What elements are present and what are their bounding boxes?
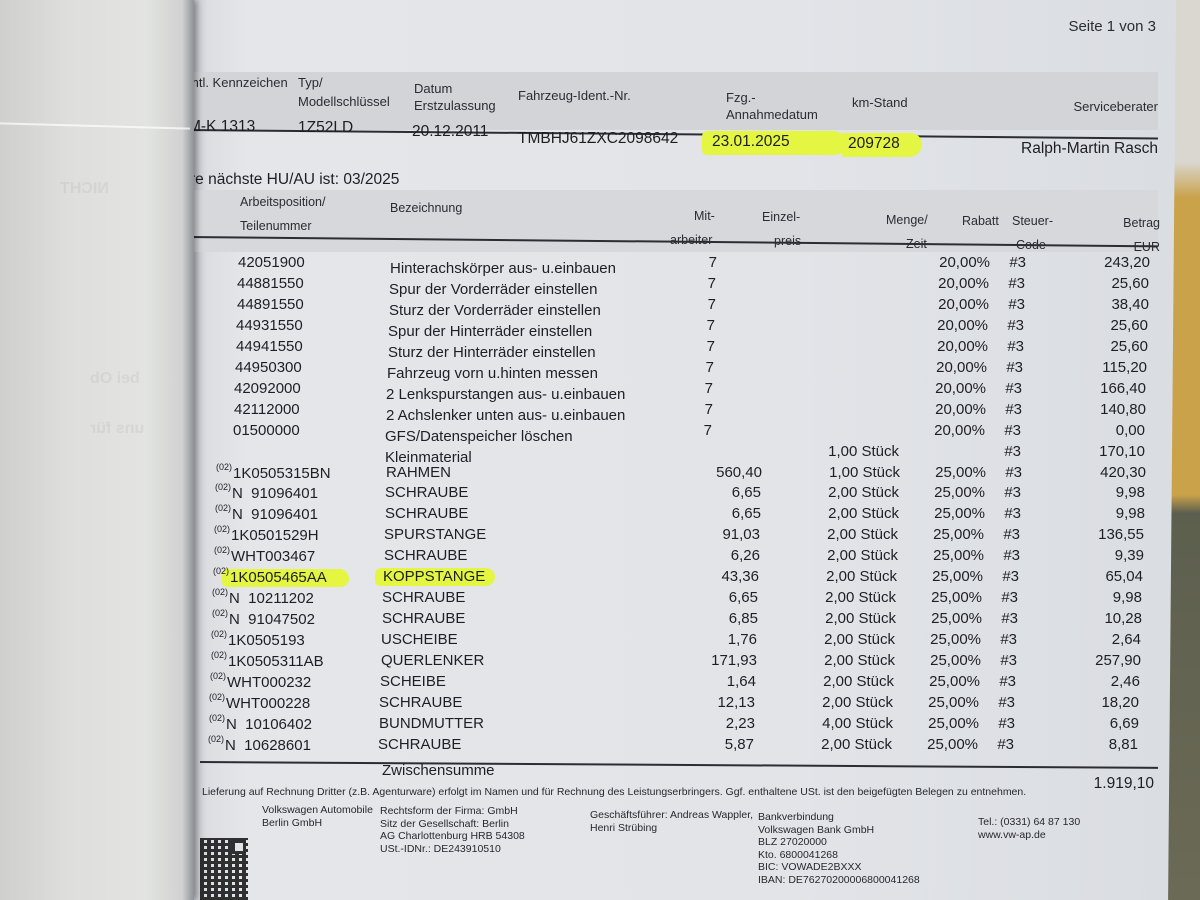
part-prefix: (02) [211,629,227,639]
footer-company: Volkswagen Automobile Berlin GmbH [262,804,373,829]
cell-qty: 2,00 Stück [824,631,895,648]
cell-unit: 12,13 [717,694,755,711]
th-part-1: Arbeitsposition/ [240,195,325,209]
table-row: (02)N 10211202SCHRAUBE6,652,00 Stück25,0… [186,589,1158,609]
cell-amt: 10,28 [1104,610,1142,627]
part-number: 1K0505315BN [233,465,331,482]
cell-disc: 25,00% [932,568,983,585]
cell-amt: 140,80 [1100,401,1146,418]
part-number: 44891550 [237,296,304,313]
label-mileage: km-Stand [852,95,908,110]
cell-emp: 7 [697,401,713,418]
part-number: 1K0501529H [231,527,319,544]
legal-line: USt.-IDNr.: DE243910510 [380,843,525,856]
cell-qty: 2,00 Stück [828,484,899,501]
part-prefix: (02) [212,608,228,618]
cell-amt: 9,98 [1116,484,1145,501]
cell-part: 44891550 [237,296,304,313]
bleed-through-text: bei Ob [90,370,140,388]
table-row: (02)WHT000232SCHEIBE1,642,00 Stück25,00%… [186,673,1156,693]
cell-qty: 1,00 Stück [828,443,899,460]
cell-unit: 1,64 [727,673,756,690]
table-row: (02)N 91047502SCHRAUBE6,852,00 Stück25,0… [186,610,1158,630]
cell-desc: SCHEIBE [380,673,446,690]
cell-part: (02)WHT003467 [214,547,315,565]
bank-line: Volkswagen Bank GmbH [758,824,920,837]
cell-disc: 20,00% [938,275,989,292]
cell-part: (02)N 91096401 [215,484,318,502]
part-prefix: (02) [209,713,225,723]
value-type: 1Z52LD [298,119,353,137]
cell-tax: #3 [997,736,1014,753]
company-line: Volkswagen Automobile [262,804,373,817]
cell-tax: #3 [1009,254,1026,271]
cell-disc: 25,00% [931,589,982,606]
cell-part: (02)WHT000228 [209,694,310,712]
part-number: 42112000 [234,401,300,418]
part-number: 1K0505465AA [222,569,349,587]
cell-part: 44931550 [236,317,303,334]
th-part-2: Teilenummer [240,219,312,233]
part-number: 44881550 [237,275,304,292]
website-link: www.vw-ap.de [978,829,1080,842]
part-prefix: (02) [213,566,229,576]
cell-part: (02)1K0505315BN [216,464,331,482]
label-intake-2: Annahmedatum [726,107,818,122]
cell-desc: QUERLENKER [381,652,484,669]
cell-part: (02)1K0505311AB [211,652,324,670]
footer-bank: Bankverbindung Volkswagen Bank GmbH BLZ … [758,811,920,886]
cell-part: 42112000 [234,401,300,418]
cell-desc: SCHRAUBE [379,694,462,711]
value-mileage: 209728 [842,133,922,157]
cell-tax: #3 [1005,464,1022,481]
cell-disc: 20,00% [938,296,989,313]
table-row: (02)N 91096401SCHRAUBE6,652,00 Stück25,0… [186,484,1161,504]
subtotal-label: Zwischensumme [382,762,495,779]
cell-desc: SPURSTANGE [384,526,486,543]
cell-tax: #3 [998,694,1015,711]
cell-tax: #3 [1002,568,1019,585]
th-tax-1: Steuer- [1012,214,1053,228]
th-tax-2: Code [1016,238,1046,252]
th-unit-1: Einzel- [762,210,800,224]
cell-part: 42092000 [234,380,301,397]
cell-disc: 20,00% [939,254,990,271]
page-indicator: Seite 1 von 3 [1068,18,1156,35]
cell-tax: #3 [1004,422,1021,439]
cell-unit: 6,65 [729,589,758,606]
footer-contact: Tel.: (0331) 64 87 130 www.vw-ap.de [978,816,1080,841]
phone-number: Tel.: (0331) 64 87 130 [978,816,1080,829]
table-row: (02)N 10628601SCHRAUBE5,872,00 Stück25,0… [186,736,1154,756]
label-first-reg-2: Erstzulassung [414,98,496,113]
part-number: N 91096401 [232,506,318,523]
bank-line: Bankverbindung [758,811,920,824]
management-line: Henri Strübing [590,822,753,835]
cell-emp: 7 [699,317,715,334]
cell-desc: SCHRAUBE [378,736,461,753]
cell-disc: 25,00% [935,464,986,481]
part-prefix: (02) [216,462,232,472]
th-amt-2: EUR [1134,240,1160,254]
cell-amt: 170,10 [1099,443,1145,460]
th-qty-1: Menge/ [886,213,928,227]
part-number: 01500000 [233,422,300,439]
cell-tax: #3 [1004,505,1021,522]
cell-qty: 1,00 Stück [829,464,900,481]
cell-tax: #3 [998,715,1015,732]
part-prefix: (02) [215,503,231,513]
cell-desc: KOPPSTANGE [375,568,495,586]
bank-line: BLZ 27020000 [758,836,920,849]
cell-disc: 20,00% [937,338,988,355]
value-first-registration: 20.12.2011 [412,123,488,141]
cell-part: (02)1K0505193 [211,631,305,649]
table-row: (02)1K0501529HSPURSTANGE91,032,00 Stück2… [186,526,1160,546]
part-number: WHT003467 [231,548,315,565]
cell-part: (02)N 10106402 [209,715,312,733]
th-unit-2: preis [774,234,801,248]
cell-disc: 25,00% [931,610,982,627]
cell-desc: SCHRAUBE [382,589,465,606]
cell-emp: 7 [701,254,717,271]
value-vin: TMBHJ61ZXC2098642 [518,130,678,148]
part-number: N 91047502 [229,611,315,628]
cell-desc: USCHEIBE [381,631,458,648]
cell-unit: 1,76 [728,631,757,648]
cell-qty: 2,00 Stück [827,526,898,543]
label-type-1: Typ/ [298,75,323,90]
cell-emp: 7 [696,422,712,439]
cell-tax: #3 [1007,338,1024,355]
cell-qty: 2,00 Stück [823,673,894,690]
next-inspection-notice: re nächste HU/AU ist: 03/2025 [190,171,399,189]
part-number: 42092000 [234,380,301,397]
cell-part: (02)N 10211202 [212,589,314,607]
cell-qty: 2,00 Stück [825,589,896,606]
cell-amt: 9,98 [1113,589,1142,606]
cell-unit: 91,03 [722,526,760,543]
th-qty-2: Zeit [906,237,927,251]
footer-note: Lieferung auf Rechnung Dritter (z.B. Age… [202,786,1026,798]
cell-desc: SCHRAUBE [384,547,467,564]
company-line: Berlin GmbH [262,817,373,830]
part-prefix: (02) [209,692,225,702]
th-desc: Bezeichnung [390,201,462,215]
cell-tax: #3 [1001,589,1018,606]
cell-amt: 8,81 [1109,736,1138,753]
cell-amt: 0,00 [1116,422,1145,439]
part-number: N 10211202 [229,590,314,607]
value-intake-date: 23.01.2025 [702,131,846,155]
cell-unit: 6,65 [732,484,761,501]
cell-amt: 136,55 [1098,526,1144,543]
part-prefix: (02) [212,587,228,597]
label-vin: Fahrzeug-Ident.-Nr. [518,88,631,103]
cell-tax: #3 [1000,631,1017,648]
cell-part: 44881550 [237,275,304,292]
cell-unit: 6,85 [729,610,758,627]
cell-amt: 115,20 [1102,359,1147,376]
cell-disc: 25,00% [928,715,979,732]
cell-disc: 25,00% [933,526,984,543]
cell-tax: #3 [1007,317,1024,334]
table-row: (02)1K0505315BNRAHMEN560,401,00 Stück25,… [186,464,1162,484]
cell-disc: 20,00% [935,401,986,418]
cell-tax: #3 [1000,652,1017,669]
part-prefix: (02) [210,671,226,681]
part-number: 1K0505193 [228,632,305,649]
cell-qty: 4,00 Stück [822,715,893,732]
value-plate: M-K 1313 [188,118,255,136]
cell-amt: 166,40 [1100,380,1146,397]
table-row: 42051900Hinterachskörper aus- u.einbauen… [186,254,1166,274]
cell-qty: 2,00 Stück [826,568,897,585]
part-prefix: (02) [214,545,230,555]
bleed-through-text: uns für [90,420,144,438]
cell-amt: 2,64 [1112,631,1141,648]
label-first-reg-1: Datum [414,81,452,96]
table-row: (02)WHT000228SCHRAUBE12,132,00 Stück25,0… [186,694,1155,714]
cell-desc: SCHRAUBE [382,610,465,627]
cell-part: (02)N 91096401 [215,505,318,523]
cell-desc: BUNDMUTTER [379,715,484,732]
cell-tax: #3 [1001,610,1018,627]
cell-disc: 25,00% [930,652,981,669]
cell-unit: 6,65 [732,505,761,522]
cell-qty: 2,00 Stück [825,610,896,627]
th-disc: Rabatt [962,214,999,228]
subtotal-divider [200,761,1158,769]
cell-tax: #3 [999,673,1016,690]
part-number: 44931550 [236,317,303,334]
cell-part: 42051900 [238,254,305,271]
paper-crease [0,122,190,129]
value-advisor: Ralph-Martin Rasch [1021,140,1158,158]
cell-unit: 171,93 [711,652,757,669]
cell-emp: 7 [699,338,715,355]
cell-qty: 2,00 Stück [824,652,895,669]
cell-qty: 2,00 Stück [827,547,898,564]
cell-disc: 25,00% [934,505,985,522]
cell-part: 01500000 [233,422,300,439]
cell-disc: 25,00% [928,694,979,711]
cell-tax: #3 [1003,526,1020,543]
part-prefix: (02) [208,734,224,744]
table-row: 44941550Sturz der Hinterräder einstellen… [186,338,1164,358]
part-prefix: (02) [211,650,227,660]
cell-tax: #3 [1008,296,1025,313]
table-row: (02)N 10106402BUNDMUTTER2,234,00 Stück25… [186,715,1155,735]
previous-page-back: NICHT bei Ob uns für [0,0,194,900]
label-intake-1: Fzg.- [726,90,756,105]
footer-management: Geschäftsführer: Andreas Wappler, Henri … [590,809,753,834]
part-prefix: (02) [215,482,231,492]
table-row: (02)1K0505311ABQUERLENKER171,932,00 Stüc… [186,652,1157,672]
part-prefix: (02) [214,524,230,534]
part-number: 44950300 [235,359,302,376]
legal-line: AG Charlottenburg HRB 54308 [380,830,525,843]
cell-desc: RAHMEN [386,464,451,481]
cell-disc: 20,00% [934,422,985,439]
part-number: WHT000228 [226,695,310,712]
table-row: 44891550Sturz der Vorderräder einstellen… [186,296,1165,316]
cell-unit: 5,87 [725,736,754,753]
legal-line: Sitz der Gesellschaft: Berlin [380,818,525,831]
cell-part: 44950300 [235,359,302,376]
part-number: 44941550 [236,338,303,355]
cell-part: 44941550 [236,338,303,355]
table-row: (02)WHT003467SCHRAUBE6,262,00 Stück25,00… [186,547,1160,567]
legal-line: Rechtsform der Firma: GmbH [380,805,525,818]
cell-unit: 2,23 [726,715,755,732]
part-number: WHT000232 [227,674,311,691]
th-amt-1: Betrag [1123,216,1160,230]
cell-disc: 25,00% [927,736,978,753]
footer-legal: Rechtsform der Firma: GmbH Sitz der Gese… [380,805,525,855]
cell-disc: 20,00% [935,380,986,397]
cell-part: (02)WHT000232 [210,673,311,691]
cell-amt: 25,60 [1111,275,1149,292]
cell-disc: 20,00% [937,317,988,334]
cell-part: (02)N 91047502 [212,610,315,628]
cell-qty: 2,00 Stück [828,505,899,522]
cell-tax: #3 [1004,484,1021,501]
table-row: 44931550Spur der Hinterräder einstellen7… [186,317,1164,337]
table-row: (02)1K0505193USCHEIBE1,762,00 Stück25,00… [186,631,1157,651]
cell-part: (02)1K0505465AA [213,568,349,586]
cell-tax: #3 [1003,547,1020,564]
part-number: N 10628601 [225,737,311,754]
cell-tax: #3 [1006,359,1023,376]
label-plate: mtl. Kennzeichen [188,75,288,90]
bank-line: IBAN: DE76270200006800041268 [758,874,920,887]
part-number: 42051900 [238,254,305,271]
th-emp-1: Mit- [694,209,715,223]
label-type-2: Modellschlüssel [298,94,390,109]
cell-amt: 243,20 [1104,254,1150,271]
cell-amt: 9,98 [1116,505,1145,522]
cell-amt: 18,20 [1101,694,1139,711]
cell-amt: 25,60 [1110,338,1148,355]
subtotal-value: 1.919,10 [1094,775,1154,793]
cell-part: (02)N 10628601 [208,736,311,754]
cell-disc: 20,00% [936,359,987,376]
cell-tax: #3 [1005,401,1022,418]
cell-amt: 65,04 [1105,568,1143,585]
cell-part: (02)1K0501529H [214,526,319,544]
cell-amt: 257,90 [1095,652,1141,669]
table-row: Kleinmaterial1,00 Stück#3170,10 [186,443,1161,463]
cell-amt: 2,46 [1111,673,1140,690]
part-number: 1K0505311AB [228,653,324,670]
cell-emp: 7 [700,275,716,292]
cell-tax: #3 [1005,380,1022,397]
cell-unit: 560,40 [716,464,762,481]
cell-emp: 7 [698,359,714,376]
invoice-page: Seite 1 von 3 mtl. Kennzeichen Typ/ Mode… [186,0,1176,900]
table-row: 44881550Spur der Vorderräder einstellen7… [186,275,1165,295]
cell-desc: SCHRAUBE [385,484,468,501]
cell-qty: 2,00 Stück [821,736,892,753]
table-row: (02)1K0505465AAKOPPSTANGE43,362,00 Stück… [186,568,1159,588]
table-row: 421120002 Achslenker unten aus- u.einbau… [186,401,1162,421]
cell-disc: 25,00% [929,673,980,690]
cell-disc: 25,00% [930,631,981,648]
table-row: (02)N 91096401SCHRAUBE6,652,00 Stück25,0… [186,505,1161,525]
table-row: 01500000GFS/Datenspeicher löschen720,00%… [186,422,1161,442]
cell-desc: SCHRAUBE [385,505,468,522]
cell-tax: #3 [1008,275,1025,292]
cell-disc: 25,00% [934,484,985,501]
part-number: N 10106402 [226,716,312,733]
cell-amt: 25,60 [1110,317,1148,334]
part-number: N 91096401 [232,485,318,502]
cell-amt: 9,39 [1115,547,1144,564]
cell-amt: 6,69 [1110,715,1139,732]
cell-amt: 420,30 [1100,464,1146,481]
table-row: 420920002 Lenkspurstangen aus- u.einbaue… [186,380,1162,400]
bank-line: BIC: VOWADE2BXXX [758,861,920,874]
th-emp-2: arbeiter [670,233,712,247]
qr-code-icon [200,838,248,900]
cell-unit: 43,36 [721,568,759,585]
management-line: Geschäftsführer: Andreas Wappler, [590,809,753,822]
cell-qty: 2,00 Stück [822,694,893,711]
table-row: 44950300Fahrzeug vorn u.hinten messen720… [186,359,1163,379]
bleed-through-text: NICHT [60,180,109,198]
label-advisor: Serviceberater [1073,99,1158,114]
cell-tax: #3 [1004,443,1021,460]
cell-amt: 38,40 [1111,296,1149,313]
cell-unit: 6,26 [731,547,760,564]
cell-emp: 7 [697,380,713,397]
cell-emp: 7 [700,296,716,313]
cell-disc: 25,00% [933,547,984,564]
bank-line: Kto. 6800041268 [758,849,920,862]
